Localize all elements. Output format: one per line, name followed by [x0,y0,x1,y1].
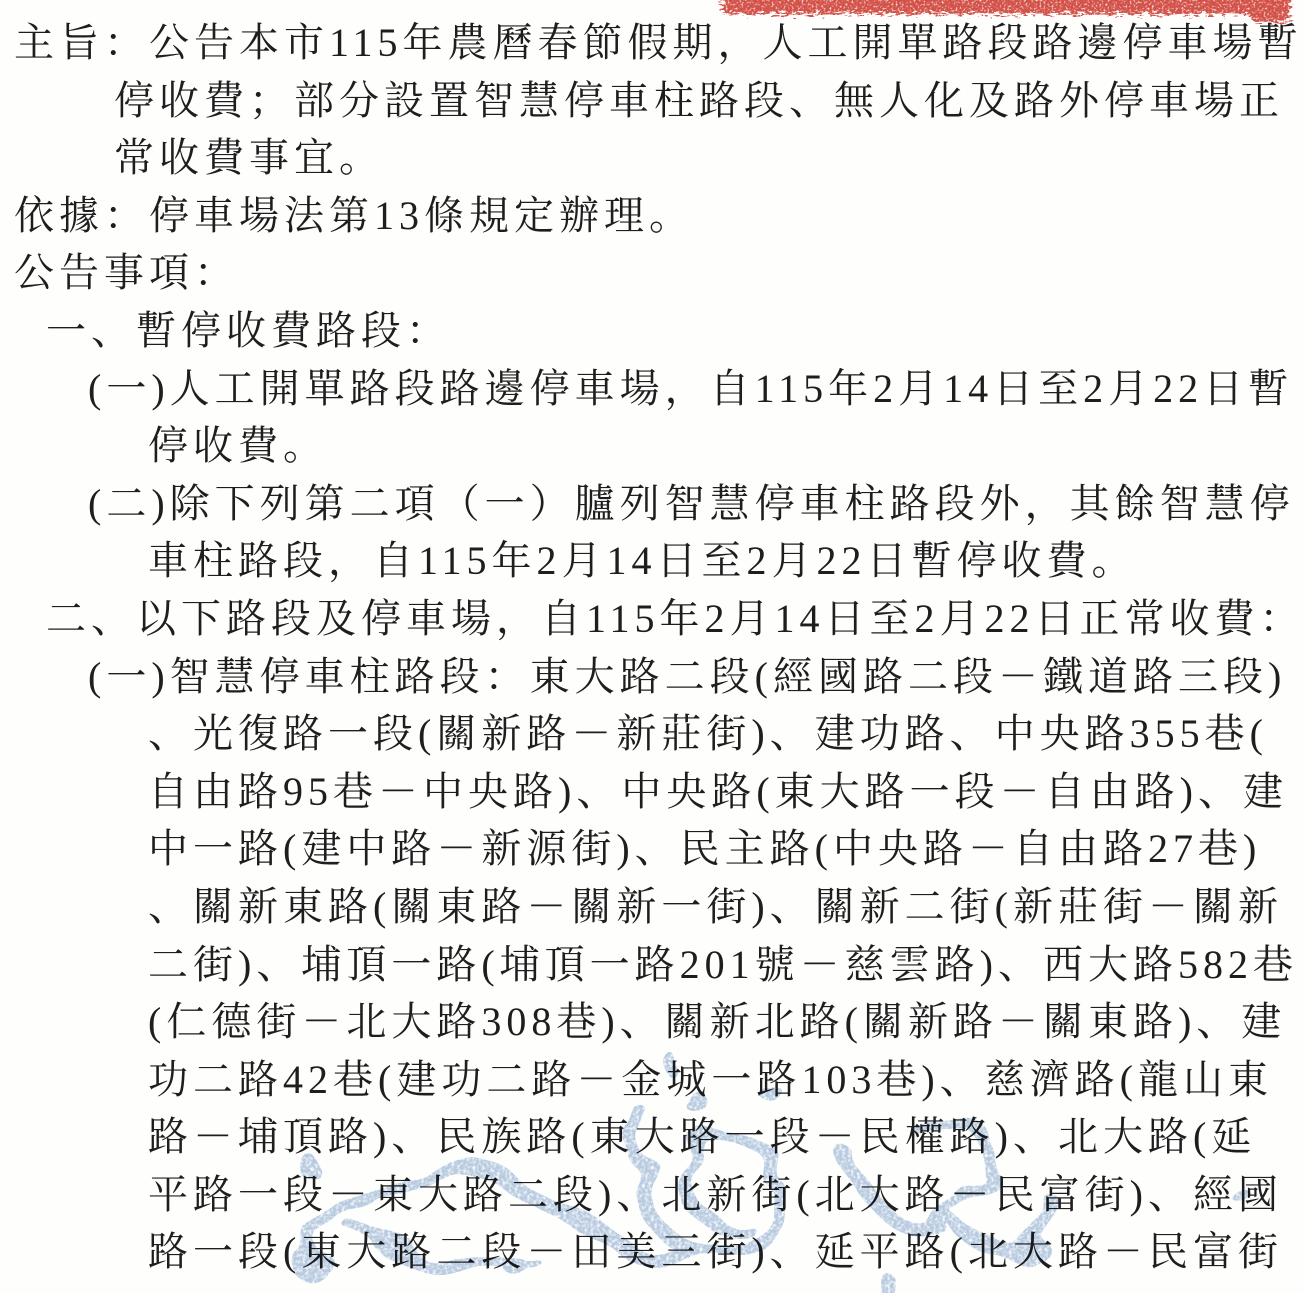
document-line: 功二路42巷(建功二路－金城一路103巷)、慈濟路(龍山東 [0,1051,1306,1109]
document-line: 依據：停車場法第13條規定辦理。 [0,187,1306,245]
scanned-announcement-page: { "document": { "lines": [ { "indent": "… [0,0,1306,1293]
document-line: 、光復路一段(關新路－新莊街)、建功路、中央路355巷( [0,705,1306,763]
document-line: 常收費事宜。 [0,129,1306,187]
document-line: 主旨：公告本市115年農曆春節假期，人工開單路段路邊停車場暫 [0,14,1306,72]
document-line: 路－埔頂路)、民族路(東大路一段－民權路)、北大路(延 [0,1108,1306,1166]
document-line: 中一路(建中路－新源街)、民主路(中央路－自由路27巷) [0,820,1306,878]
document-line: 公告事項： [0,244,1306,302]
document-body: 主旨：公告本市115年農曆春節假期，人工開單路段路邊停車場暫停收費；部分設置智慧… [0,0,1306,1293]
document-line: 二街)、埔頂一路(埔頂一路201號－慈雲路)、西大路582巷 [0,936,1306,994]
document-line: 一、暫停收費路段： [0,302,1306,360]
document-line: 、關新東路(關東路－關新一街)、關新二街(新莊街－關新 [0,878,1306,936]
document-line: 二、以下路段及停車場，自115年2月14日至2月22日正常收費： [0,590,1306,648]
document-line: (仁德街－北大路308巷)、關新北路(關新路－關東路)、建 [0,993,1306,1051]
document-line: (一)智慧停車柱路段：東大路二段(經國路二段－鐵道路三段) [0,648,1306,706]
document-lines: 主旨：公告本市115年農曆春節假期，人工開單路段路邊停車場暫停收費；部分設置智慧… [0,14,1306,1281]
document-line: 路一段(東大路二段－田美三街)、延平路(北大路－民富街 [0,1223,1306,1281]
document-line: 車柱路段，自115年2月14日至2月22日暫停收費。 [0,532,1306,590]
document-line: 停收費。 [0,417,1306,475]
document-line: 自由路95巷－中央路)、中央路(東大路一段－自由路)、建 [0,763,1306,821]
document-line: (二)除下列第二項（一）臚列智慧停車柱路段外，其餘智慧停 [0,475,1306,533]
document-line: 停收費；部分設置智慧停車柱路段、無人化及路外停車場正 [0,72,1306,130]
document-line: 平路一段－東大路二段)、北新街(北大路－民富街)、經國 [0,1166,1306,1224]
document-line: (一)人工開單路段路邊停車場，自115年2月14日至2月22日暫 [0,360,1306,418]
